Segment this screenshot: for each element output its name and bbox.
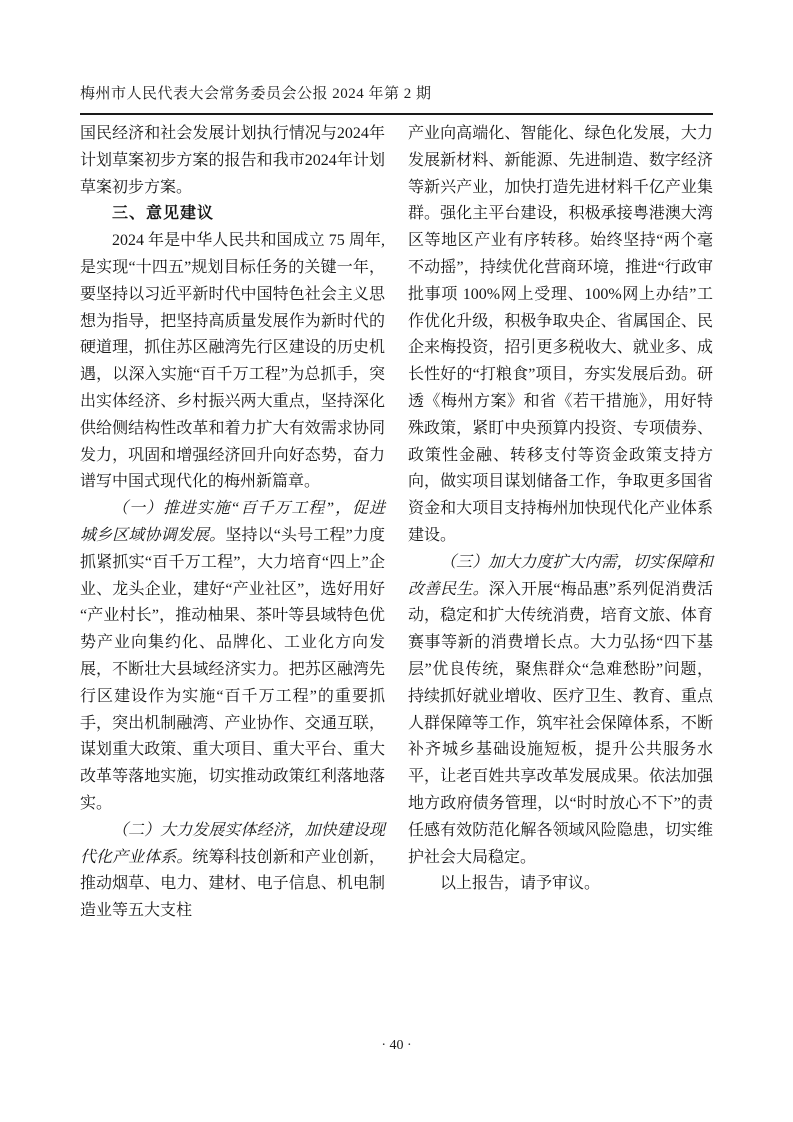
column-right: 产业向高端化、智能化、绿色化发展，大力发展新材料、新能源、先进制造、数字经济等新… <box>408 121 713 925</box>
paragraph: （三）加大力度扩大内需，切实保障和改善民生。深入开展“梅品惠”系列促消费活动，稳… <box>408 550 713 872</box>
column-left: 国民经济和社会发展计划执行情况与2024年计划草案初步方案的报告和我市2024年… <box>80 121 385 925</box>
header-rule <box>80 113 713 115</box>
kaiti-lead-sentence: （二）大力发展实体经济，加快建设现代化产业体系。 <box>80 822 385 866</box>
paragraph: 以上报告，请予审议。 <box>408 871 713 898</box>
paragraph: 产业向高端化、智能化、绿色化发展，大力发展新材料、新能源、先进制造、数字经济等新… <box>408 121 713 550</box>
section-heading: 三、意见建议 <box>80 201 385 228</box>
paragraph: （二）大力发展实体经济，加快建设现代化产业体系。统筹科技创新和产业创新，推动烟草… <box>80 818 385 925</box>
document-page: 梅州市人民代表大会常务委员会公报 2024 年第 2 期 国民经济和社会发展计划… <box>0 0 793 1122</box>
two-column-body: 国民经济和社会发展计划执行情况与2024年计划草案初步方案的报告和我市2024年… <box>80 121 713 925</box>
page-number: · 40 · <box>381 1038 411 1053</box>
page-header-title: 梅州市人民代表大会常务委员会公报 2024 年第 2 期 <box>80 84 713 104</box>
paragraph: 2024 年是中华人民共和国成立 75 周年,是实现“十四五”规划目标任务的关键… <box>80 228 385 496</box>
page-footer: · 40 · <box>0 1038 793 1054</box>
paragraph: 国民经济和社会发展计划执行情况与2024年计划草案初步方案的报告和我市2024年… <box>80 121 385 201</box>
page-header: 梅州市人民代表大会常务委员会公报 2024 年第 2 期 <box>80 84 713 115</box>
kaiti-lead-sentence: （三）加大力度扩大内需，切实保障和改善民生。 <box>408 554 713 598</box>
paragraph: （一）推进实施“百千万工程”，促进城乡区域协调发展。坚持以“头号工程”力度抓紧抓… <box>80 496 385 818</box>
kaiti-lead-sentence: （一）推进实施“百千万工程”，促进城乡区域协调发展。 <box>80 500 385 544</box>
